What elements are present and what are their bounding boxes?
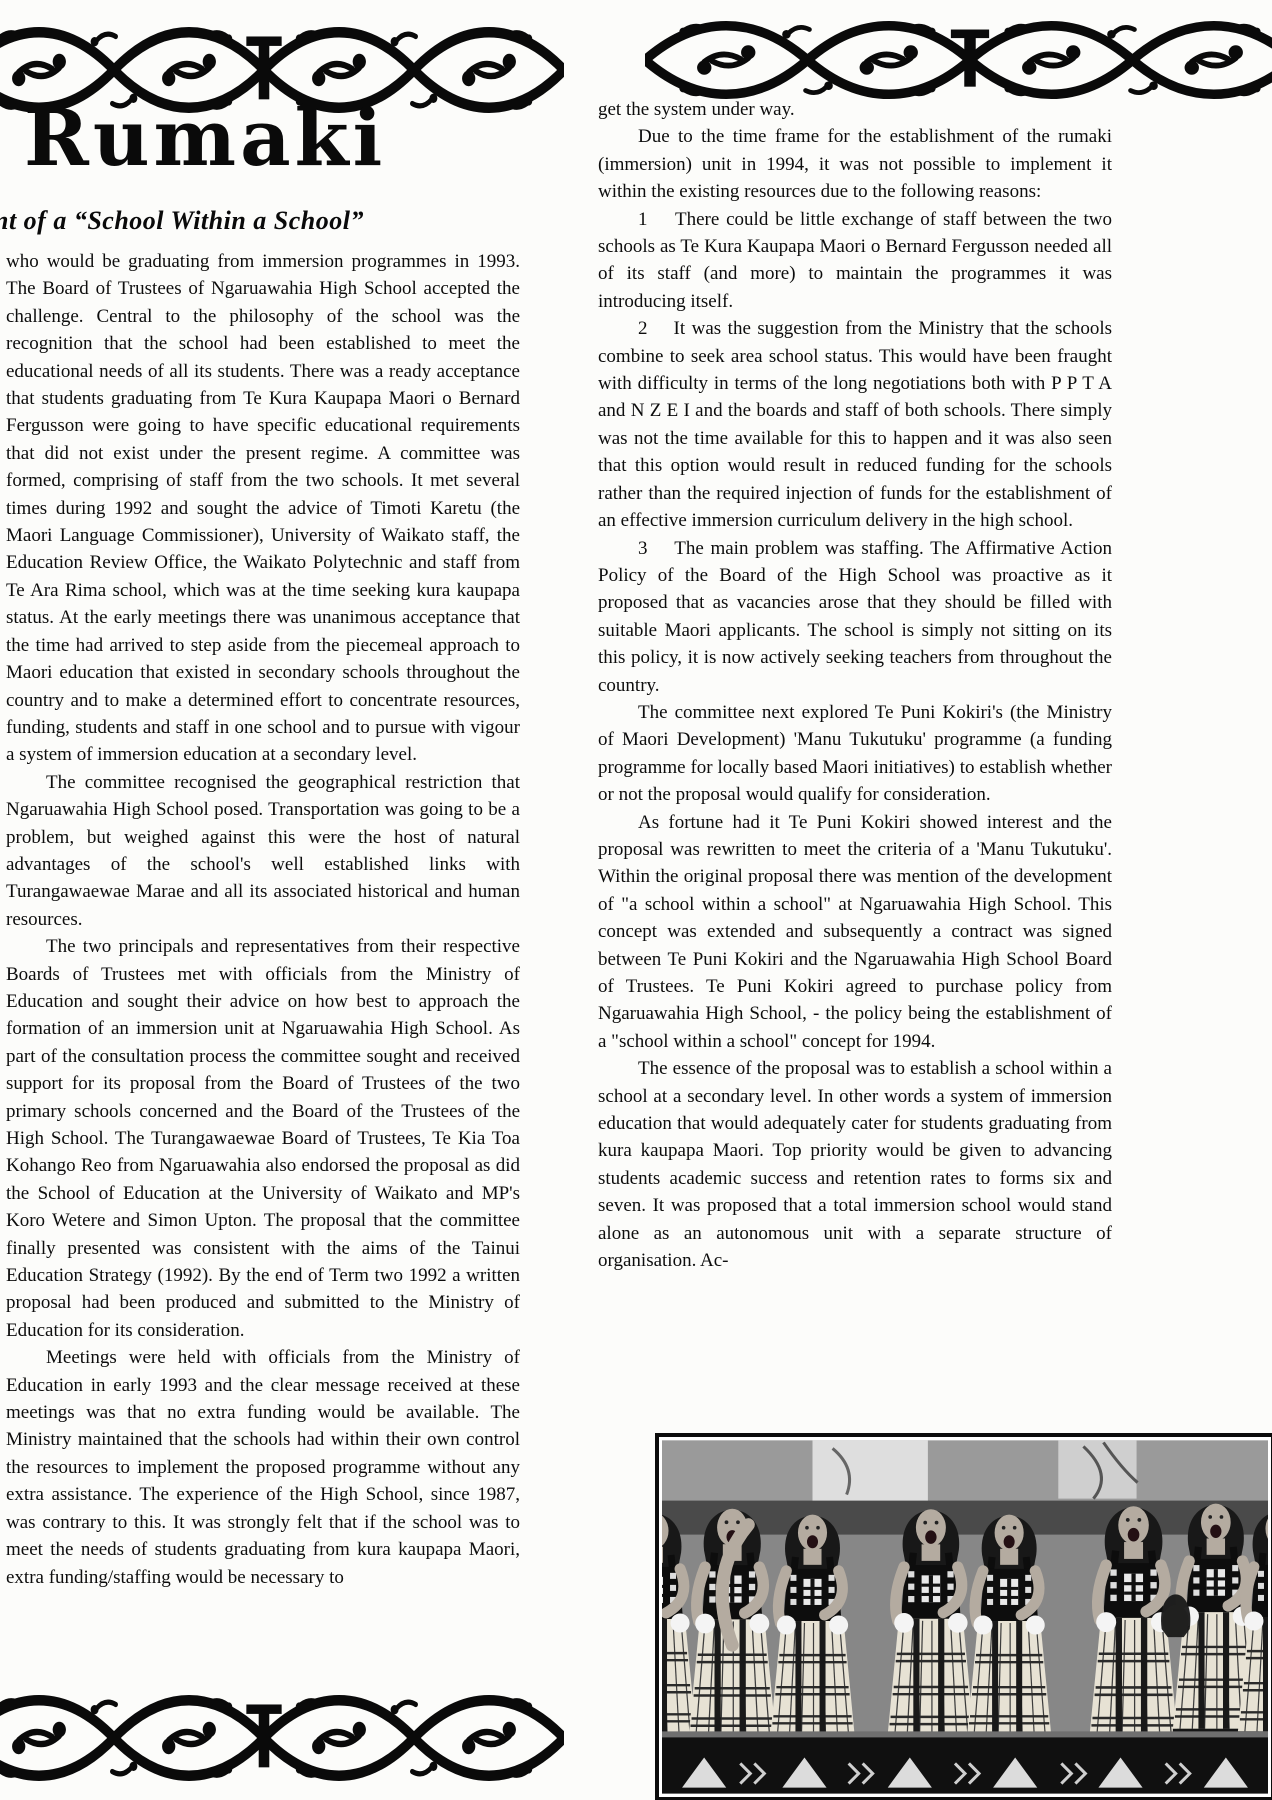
paragraph: The committee next explored Te Puni Koki… — [598, 699, 1112, 809]
right-text-column: get the system under way.Due to the time… — [598, 96, 1112, 1274]
paragraph: 2 It was the suggestion from the Ministr… — [598, 315, 1112, 534]
paragraph: 1 There could be little exchange of staf… — [598, 206, 1112, 316]
kowhaiwhai-border-bottom-left — [0, 1694, 564, 1782]
paragraph: The committee recognised the geographica… — [6, 769, 520, 933]
paragraph: 3 The main problem was staffing. The Aff… — [598, 535, 1112, 699]
paragraph: As fortune had it Te Puni Kokiri showed … — [598, 809, 1112, 1056]
photo-illustration — [662, 1440, 1268, 1794]
paragraph: Due to the time frame for the establishm… — [598, 123, 1112, 205]
photo-kapa-haka-group — [655, 1433, 1272, 1800]
paragraph: The essence of the proposal was to estab… — [598, 1055, 1112, 1274]
paragraph: get the system under way. — [598, 96, 1112, 123]
magazine-page: Rumaki nt of a “School Within a School” … — [0, 0, 1272, 1800]
paragraph: who would be graduating from immersion p… — [6, 248, 520, 769]
left-text-column: who would be graduating from immersion p… — [6, 248, 520, 1591]
page-title: Rumaki — [24, 100, 386, 178]
paragraph: Meetings were held with officials from t… — [6, 1344, 520, 1591]
article-subtitle: nt of a “School Within a School” — [0, 206, 364, 236]
paragraph: The two principals and representatives f… — [6, 933, 520, 1344]
kowhaiwhai-border-top-right — [645, 20, 1272, 100]
